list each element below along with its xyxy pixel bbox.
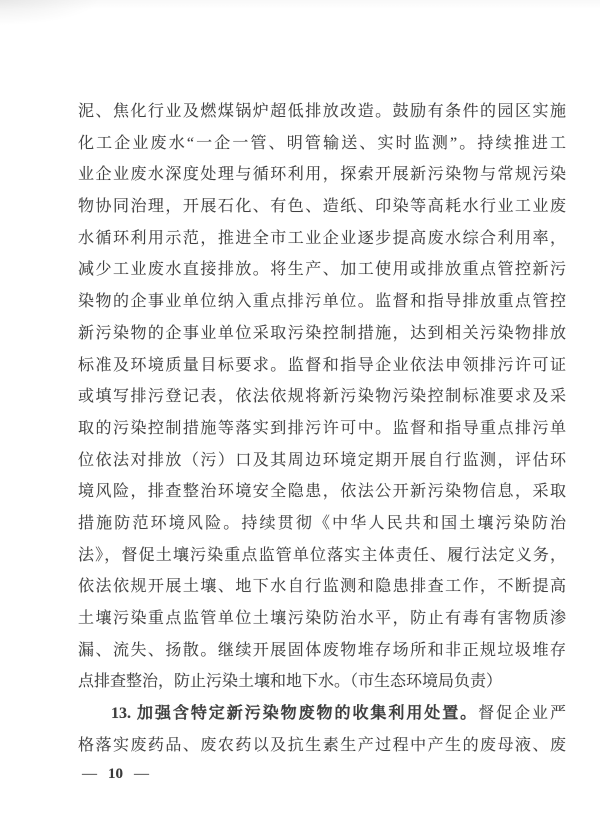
body-text-segment: 督促企业严 [478, 705, 566, 722]
body-text-segment: 位依法对排放（污）口及其周边环境定期开展自行监测，评估环 [78, 452, 566, 469]
body-text-segment: 格落实废药品、废农药以及抗生素生产过程中产生的废母液、废 [78, 737, 566, 754]
footer-dash-right: — [134, 766, 149, 783]
body-line: 措施防范环境风险。持续贯彻《中华人民共和国土壤污染防治 [78, 508, 566, 540]
body-text-segment: 依法依规开展土壤、地下水自行监测和隐患排查工作，不断提高 [78, 578, 566, 595]
body-text-segment: 物协同治理，开展石化、有色、造纸、印染等高耗水行业工业废 [78, 198, 566, 215]
body-text-segment: 点排查整治，防止污染土壤和地下水。（市生态环境局负责） [78, 673, 502, 690]
body-line: 水循环利用示范，推进全市工业企业逐步提高废水综合利用率， [78, 223, 566, 255]
body-text-segment: 漏、流失、扬散。继续开展固体废物堆存场所和非正规垃圾堆存 [78, 642, 566, 659]
body-text-segment: 业企业废水深度处理与循环利用，探索开展新污染物与常规污染 [78, 166, 566, 183]
scanned-document-page: 泥、焦化行业及燃煤锅炉超低排放改造。鼓励有条件的园区实施化工企业废水“一企一管、… [0, 0, 600, 835]
page-footer: — 10 — [82, 766, 149, 783]
body-line: 或填写排污登记表，依法依规将新污染物污染控制标准要求及采 [78, 381, 566, 413]
body-text-segment: 新污染物的企事业单位采取污染控制措施，达到相关污染物排放 [78, 325, 566, 342]
footer-dash-left: — [82, 766, 97, 783]
body-line: 法》，督促土壤污染重点监管单位落实主体责任、履行法定义务， [78, 540, 566, 572]
body-line: 漏、流失、扬散。继续开展固体废物堆存场所和非正规垃圾堆存 [78, 635, 566, 667]
body-text-segment: 法》，督促土壤污染重点监管单位落实主体责任、履行法定义务， [78, 547, 566, 564]
body-text-segment: 取的污染控制措施等落实到排污许可中。监督和指导重点排污单 [78, 420, 566, 437]
body-text-segment: 措施防范环境风险。持续贯彻《中华人民共和国土壤污染防治 [78, 515, 566, 532]
body-line: 13. 加强含特定新污染物废物的收集利用处置。督促企业严 [78, 698, 566, 730]
body-line: 依法依规开展土壤、地下水自行监测和隐患排查工作，不断提高 [78, 571, 566, 603]
body-line: 格落实废药品、废农药以及抗生素生产过程中产生的废母液、废 [78, 730, 566, 762]
body-line: 染物的企事业单位纳入重点排污单位。监督和指导排放重点管控 [78, 286, 566, 318]
item-13-heading: 13. 加强含特定新污染物废物的收集利用处置。 [111, 705, 478, 722]
body-line: 业企业废水深度处理与循环利用，探索开展新污染物与常规污染 [78, 159, 566, 191]
body-line: 点排查整治，防止污染土壤和地下水。（市生态环境局负责） [78, 666, 566, 698]
body-text-segment: 水循环利用示范，推进全市工业企业逐步提高废水综合利用率， [78, 230, 566, 247]
body-text-segment: 或填写排污登记表，依法依规将新污染物污染控制标准要求及采 [78, 388, 566, 405]
body-line: 位依法对排放（污）口及其周边环境定期开展自行监测，评估环 [78, 445, 566, 477]
body-text-segment: 标准及环境质量目标要求。监督和指导企业依法申领排污许可证 [78, 357, 566, 374]
page-number: 10 [108, 766, 123, 783]
body-text-segment: 泥、焦化行业及燃煤锅炉超低排放改造。鼓励有条件的园区实施 [78, 103, 566, 120]
body-line: 新污染物的企事业单位采取污染控制措施，达到相关污染物排放 [78, 318, 566, 350]
body-line: 土壤污染重点监管单位土壤污染防治水平，防止有毒有害物质渗 [78, 603, 566, 635]
document-body: 泥、焦化行业及燃煤锅炉超低排放改造。鼓励有条件的园区实施化工企业废水“一企一管、… [78, 96, 566, 761]
body-text-segment: 土壤污染重点监管单位土壤污染防治水平，防止有毒有害物质渗 [78, 610, 566, 627]
body-line: 化工企业废水“一企一管、明管输送、实时监测”。持续推进工 [78, 128, 566, 160]
body-text-segment: 境风险，排查整治环境安全隐患，依法公开新污染物信息，采取 [78, 483, 566, 500]
body-line: 境风险，排查整治环境安全隐患，依法公开新污染物信息，采取 [78, 476, 566, 508]
body-line: 减少工业废水直接排放。将生产、加工使用或排放重点管控新污 [78, 254, 566, 286]
body-line: 物协同治理，开展石化、有色、造纸、印染等高耗水行业工业废 [78, 191, 566, 223]
body-text-segment: 染物的企事业单位纳入重点排污单位。监督和指导排放重点管控 [78, 293, 566, 310]
body-text-segment: 化工企业废水“一企一管、明管输送、实时监测”。持续推进工 [78, 135, 566, 152]
body-line: 标准及环境质量目标要求。监督和指导企业依法申领排污许可证 [78, 350, 566, 382]
body-line: 取的污染控制措施等落实到排污许可中。监督和指导重点排污单 [78, 413, 566, 445]
body-text-segment: 减少工业废水直接排放。将生产、加工使用或排放重点管控新污 [78, 261, 566, 278]
body-line: 泥、焦化行业及燃煤锅炉超低排放改造。鼓励有条件的园区实施 [78, 96, 566, 128]
